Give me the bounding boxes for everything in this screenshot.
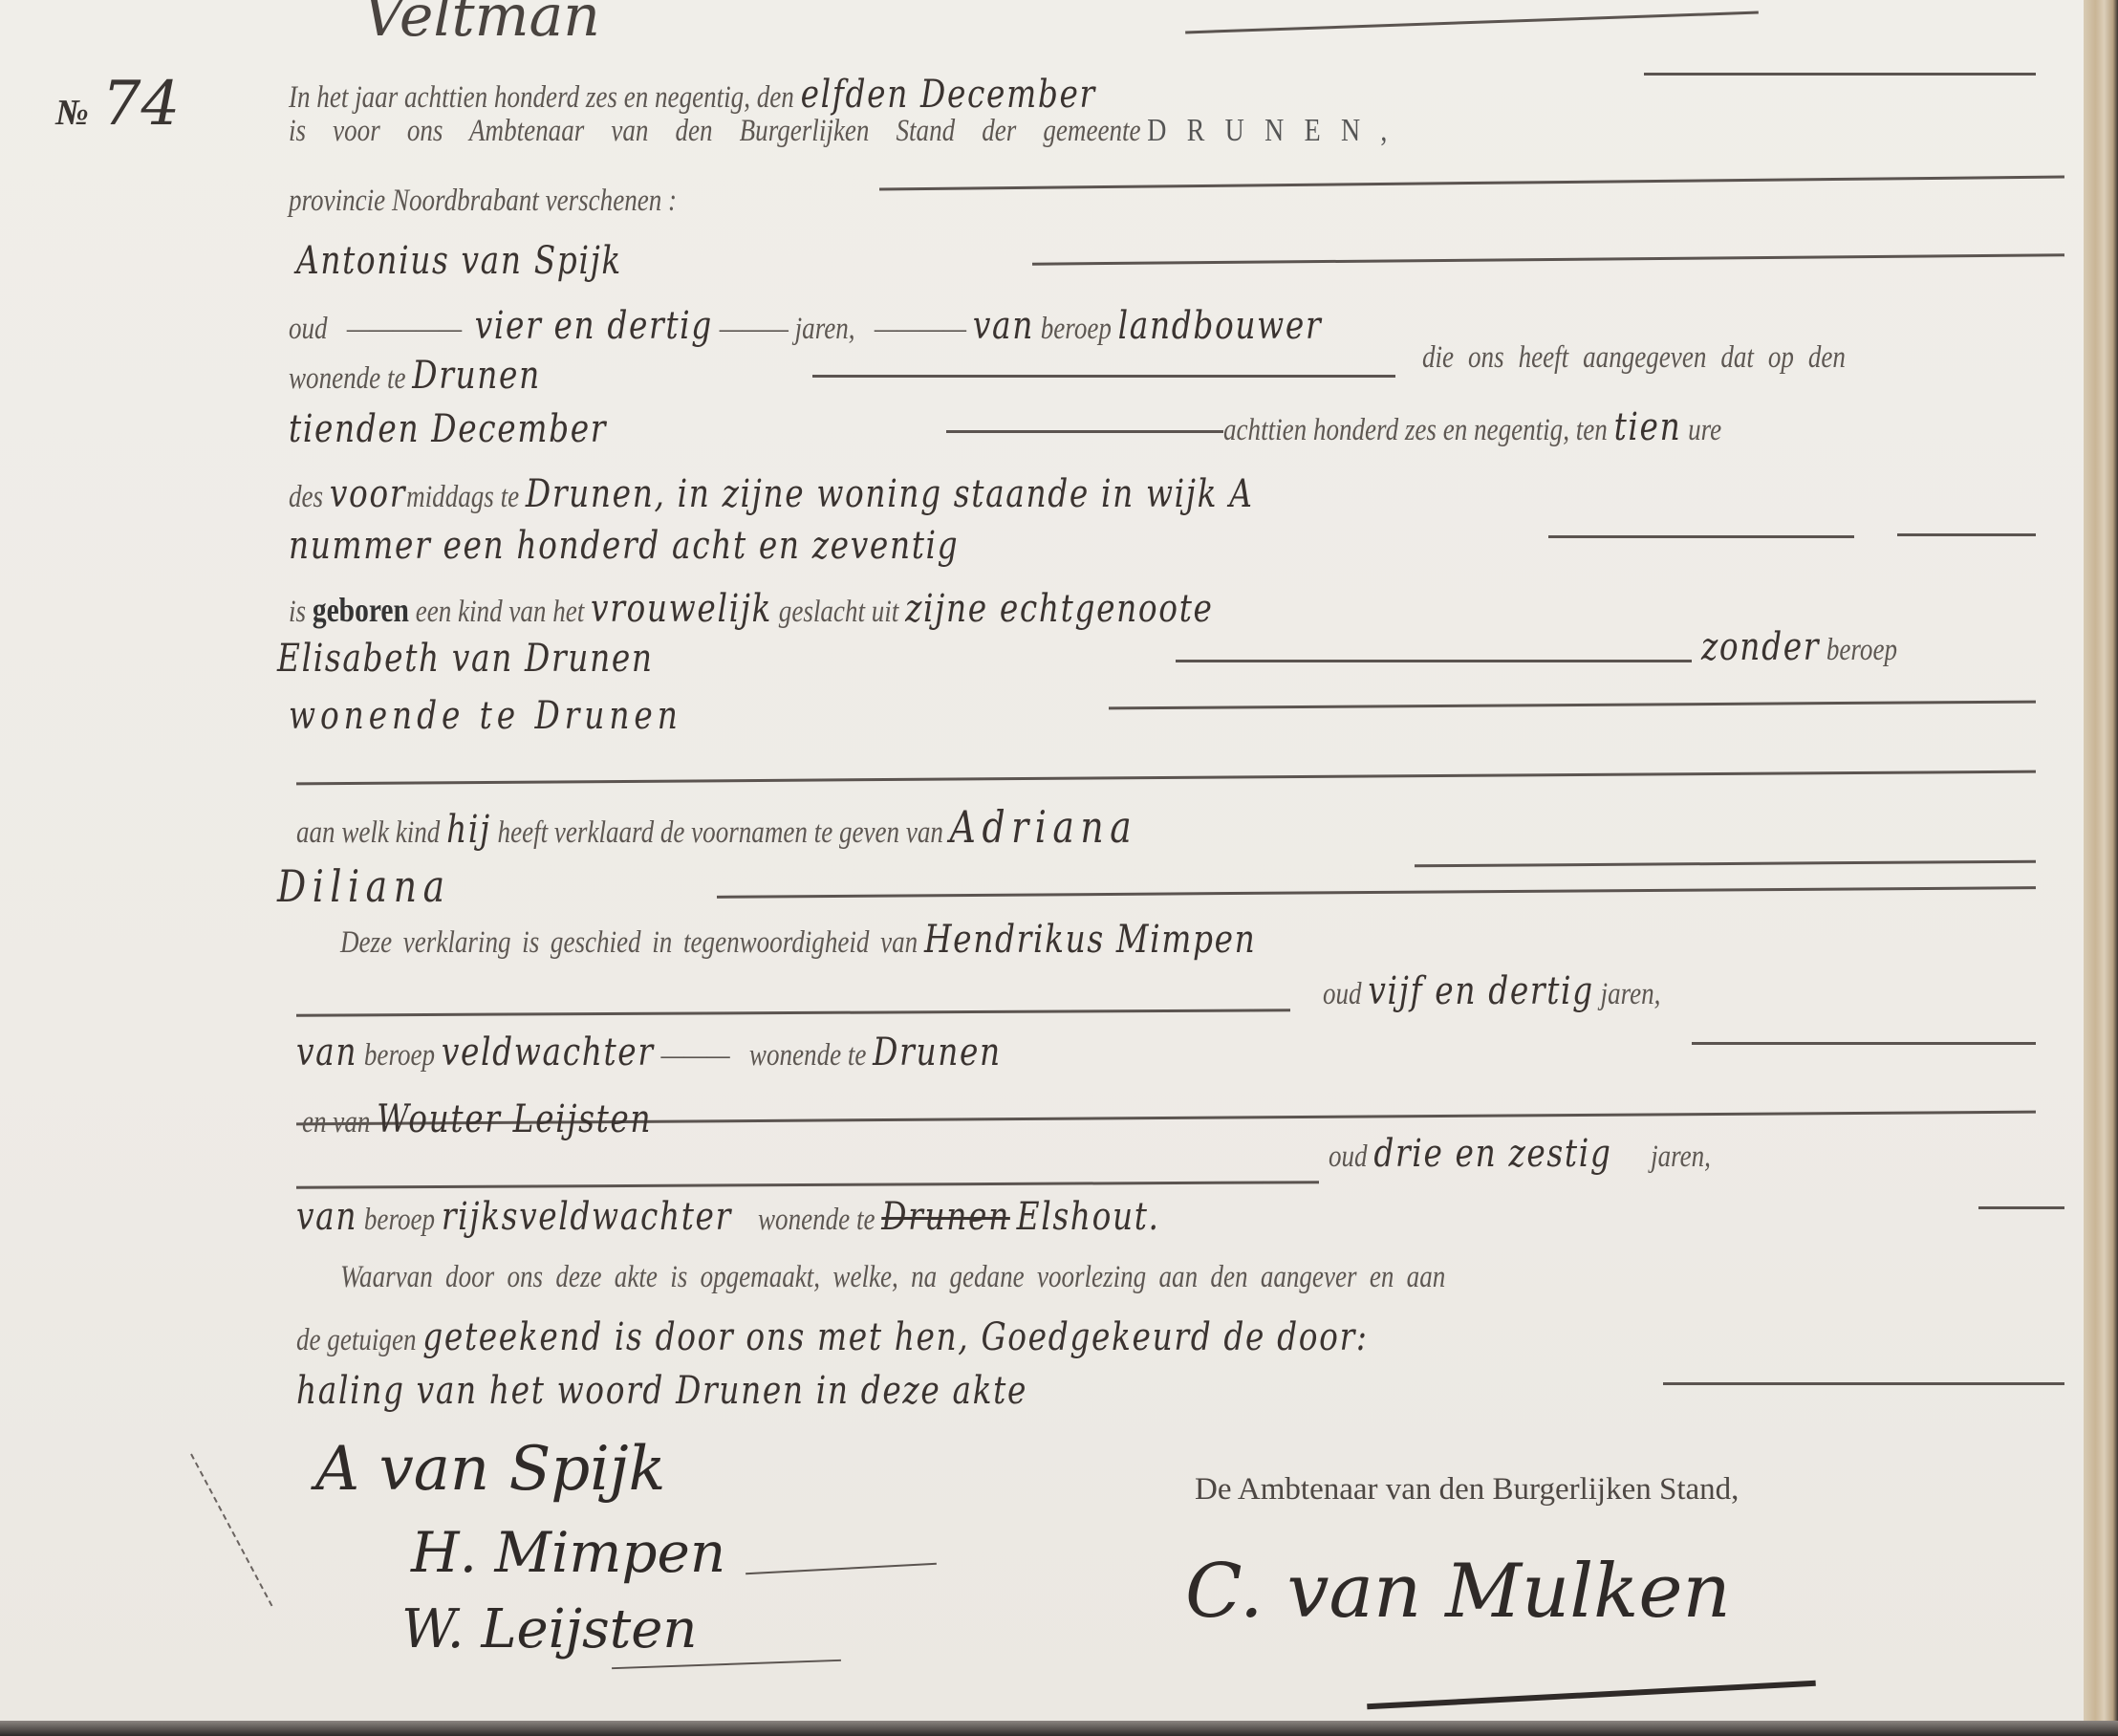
record-number: №74 xyxy=(55,69,180,140)
witness2-occupation: rijksveldwachter xyxy=(442,1195,732,1239)
declarant-residence: Drunen xyxy=(412,354,541,398)
rule xyxy=(296,1009,1290,1016)
line-24: haling van het woord Drunen in deze akte xyxy=(296,1369,1027,1413)
time-of-day: voor xyxy=(330,472,406,516)
rule xyxy=(1692,1042,2036,1045)
line-6: wonende te Drunen xyxy=(289,354,541,398)
rule xyxy=(1644,73,2036,76)
line-9: nummer een honderd acht en zeventig xyxy=(289,524,959,568)
signature-witness1: H. Mimpen xyxy=(411,1520,725,1585)
rule xyxy=(1897,533,2036,536)
witness1-residence: Drunen xyxy=(873,1031,1002,1074)
margin-tick xyxy=(190,1454,272,1607)
line-3: provincie Noordbrabant verschenen : xyxy=(289,184,677,219)
rule xyxy=(812,375,1395,378)
child-first-name: Adriana xyxy=(950,801,1138,853)
struck-word: Drunen xyxy=(881,1195,1010,1239)
rule xyxy=(1176,660,1692,662)
line-18: van beroep veldwachter ——— wonende te Dr… xyxy=(296,1031,1002,1074)
line-14: aan welk kind hij heeft verklaard de voo… xyxy=(296,801,1137,853)
line-8: des voormiddags te Drunen, in zijne woni… xyxy=(289,472,1254,516)
top-signature-fragment: Veltman xyxy=(363,0,600,50)
record-number-label: № xyxy=(55,93,89,133)
line-19: en van Wouter Leijsten xyxy=(302,1097,652,1141)
line-15: Diliana xyxy=(277,860,451,912)
official-underline xyxy=(1367,1681,1816,1710)
line-20: oud drie en zestig jaren, xyxy=(1329,1132,1711,1176)
witness1-name: Hendrikus Mimpen xyxy=(924,918,1257,962)
signature-underline xyxy=(612,1660,841,1669)
rule xyxy=(1548,535,1854,538)
rule xyxy=(879,176,2064,191)
witness2-age: drie en zestig xyxy=(1373,1132,1611,1176)
book-binding xyxy=(2084,0,2118,1736)
rule xyxy=(1978,1206,2064,1209)
rule xyxy=(1663,1382,2064,1385)
line-5: oud ————— vier en dertig ——— jaren, ————… xyxy=(289,304,1322,348)
mother-occupation: zonder xyxy=(1701,625,1820,669)
witness1-occupation: veldwachter xyxy=(442,1031,655,1074)
declarant-occupation: landbouwer xyxy=(1118,304,1323,348)
line-2: is voor ons Ambtenaar van den Burgerlijk… xyxy=(289,113,1408,149)
relation: zijne echtgenoote xyxy=(905,587,1213,631)
declarant-name: Antonius van Spijk xyxy=(296,239,622,283)
line-11: Elisabeth van Drunen xyxy=(277,637,654,681)
line-21: van beroep rijksveldwachter wonende te D… xyxy=(296,1195,1160,1239)
rule xyxy=(1032,253,2064,265)
mother-residence: wonende te Drunen xyxy=(289,694,682,738)
line-7: tienden December xyxy=(289,407,607,451)
rule xyxy=(296,1181,1319,1189)
birth-place: Drunen, in zijne woning staande in wijk … xyxy=(526,472,1254,516)
record-number-value: 74 xyxy=(102,69,180,140)
closing-text: geteekend is door ons met hen, Goedgekeu… xyxy=(422,1315,1368,1359)
rule xyxy=(717,886,2036,899)
line-17: oud vijf en dertig jaren, xyxy=(1323,969,1660,1013)
top-rule xyxy=(1185,11,1759,34)
birth-date: tienden December xyxy=(289,407,607,451)
document-page: Veltman №74 In het jaar achttien honderd… xyxy=(0,0,2084,1721)
line-1: In het jaar achttien honderd zes en nege… xyxy=(289,73,1096,117)
line-16: Deze verklaring is geschied in tegenwoor… xyxy=(340,918,1256,962)
witness2-residence: Elshout. xyxy=(1017,1195,1160,1239)
line-4: Antonius van Spijk xyxy=(296,239,622,283)
rule xyxy=(946,430,1223,433)
child-sex: vrouwelijk xyxy=(591,587,772,631)
signature-underline xyxy=(746,1563,937,1574)
line-10: is geboren een kind van het vrouwelijk g… xyxy=(289,587,1214,631)
signature-declarant: A van Spijk xyxy=(315,1434,665,1505)
born-label: geboren xyxy=(313,591,409,629)
line-11b: zonder beroep xyxy=(1701,625,1897,669)
line-23: de getuigen geteekend is door ons met he… xyxy=(296,1315,1369,1359)
page-bottom-edge xyxy=(0,1721,2118,1736)
line-22: Waarvan door ons deze akte is opgemaakt,… xyxy=(340,1260,1445,1295)
witness1-age: vijf en dertig xyxy=(1368,969,1593,1013)
line-12: wonende te Drunen xyxy=(289,694,682,738)
line-6b: die ons heeft aangegeven dat op den xyxy=(1422,340,1846,376)
correction-note: haling van het woord Drunen in deze akte xyxy=(296,1369,1027,1413)
rule xyxy=(1415,860,2036,868)
date-of-declaration: elfden December xyxy=(801,73,1096,117)
signature-witness2: W. Leijsten xyxy=(401,1598,697,1660)
rule xyxy=(296,770,2036,786)
rule xyxy=(1109,701,2036,710)
official-title: De Ambtenaar van den Burgerlijken Stand, xyxy=(1195,1472,1739,1508)
child-second-name: Diliana xyxy=(277,860,451,912)
mother-name: Elisabeth van Drunen xyxy=(277,637,654,681)
birth-hour: tien xyxy=(1614,405,1682,449)
line-7b: achttien honderd zes en negentig, ten ti… xyxy=(1223,405,1721,449)
municipality: DRUNEN, xyxy=(1147,113,1407,148)
signature-official: C. van Mulken xyxy=(1185,1549,1731,1635)
witness2-name: Wouter Leijsten xyxy=(377,1097,652,1141)
house-number: nummer een honderd acht en zeventig xyxy=(289,524,959,568)
declarant-age: vier en dertig xyxy=(475,304,713,348)
